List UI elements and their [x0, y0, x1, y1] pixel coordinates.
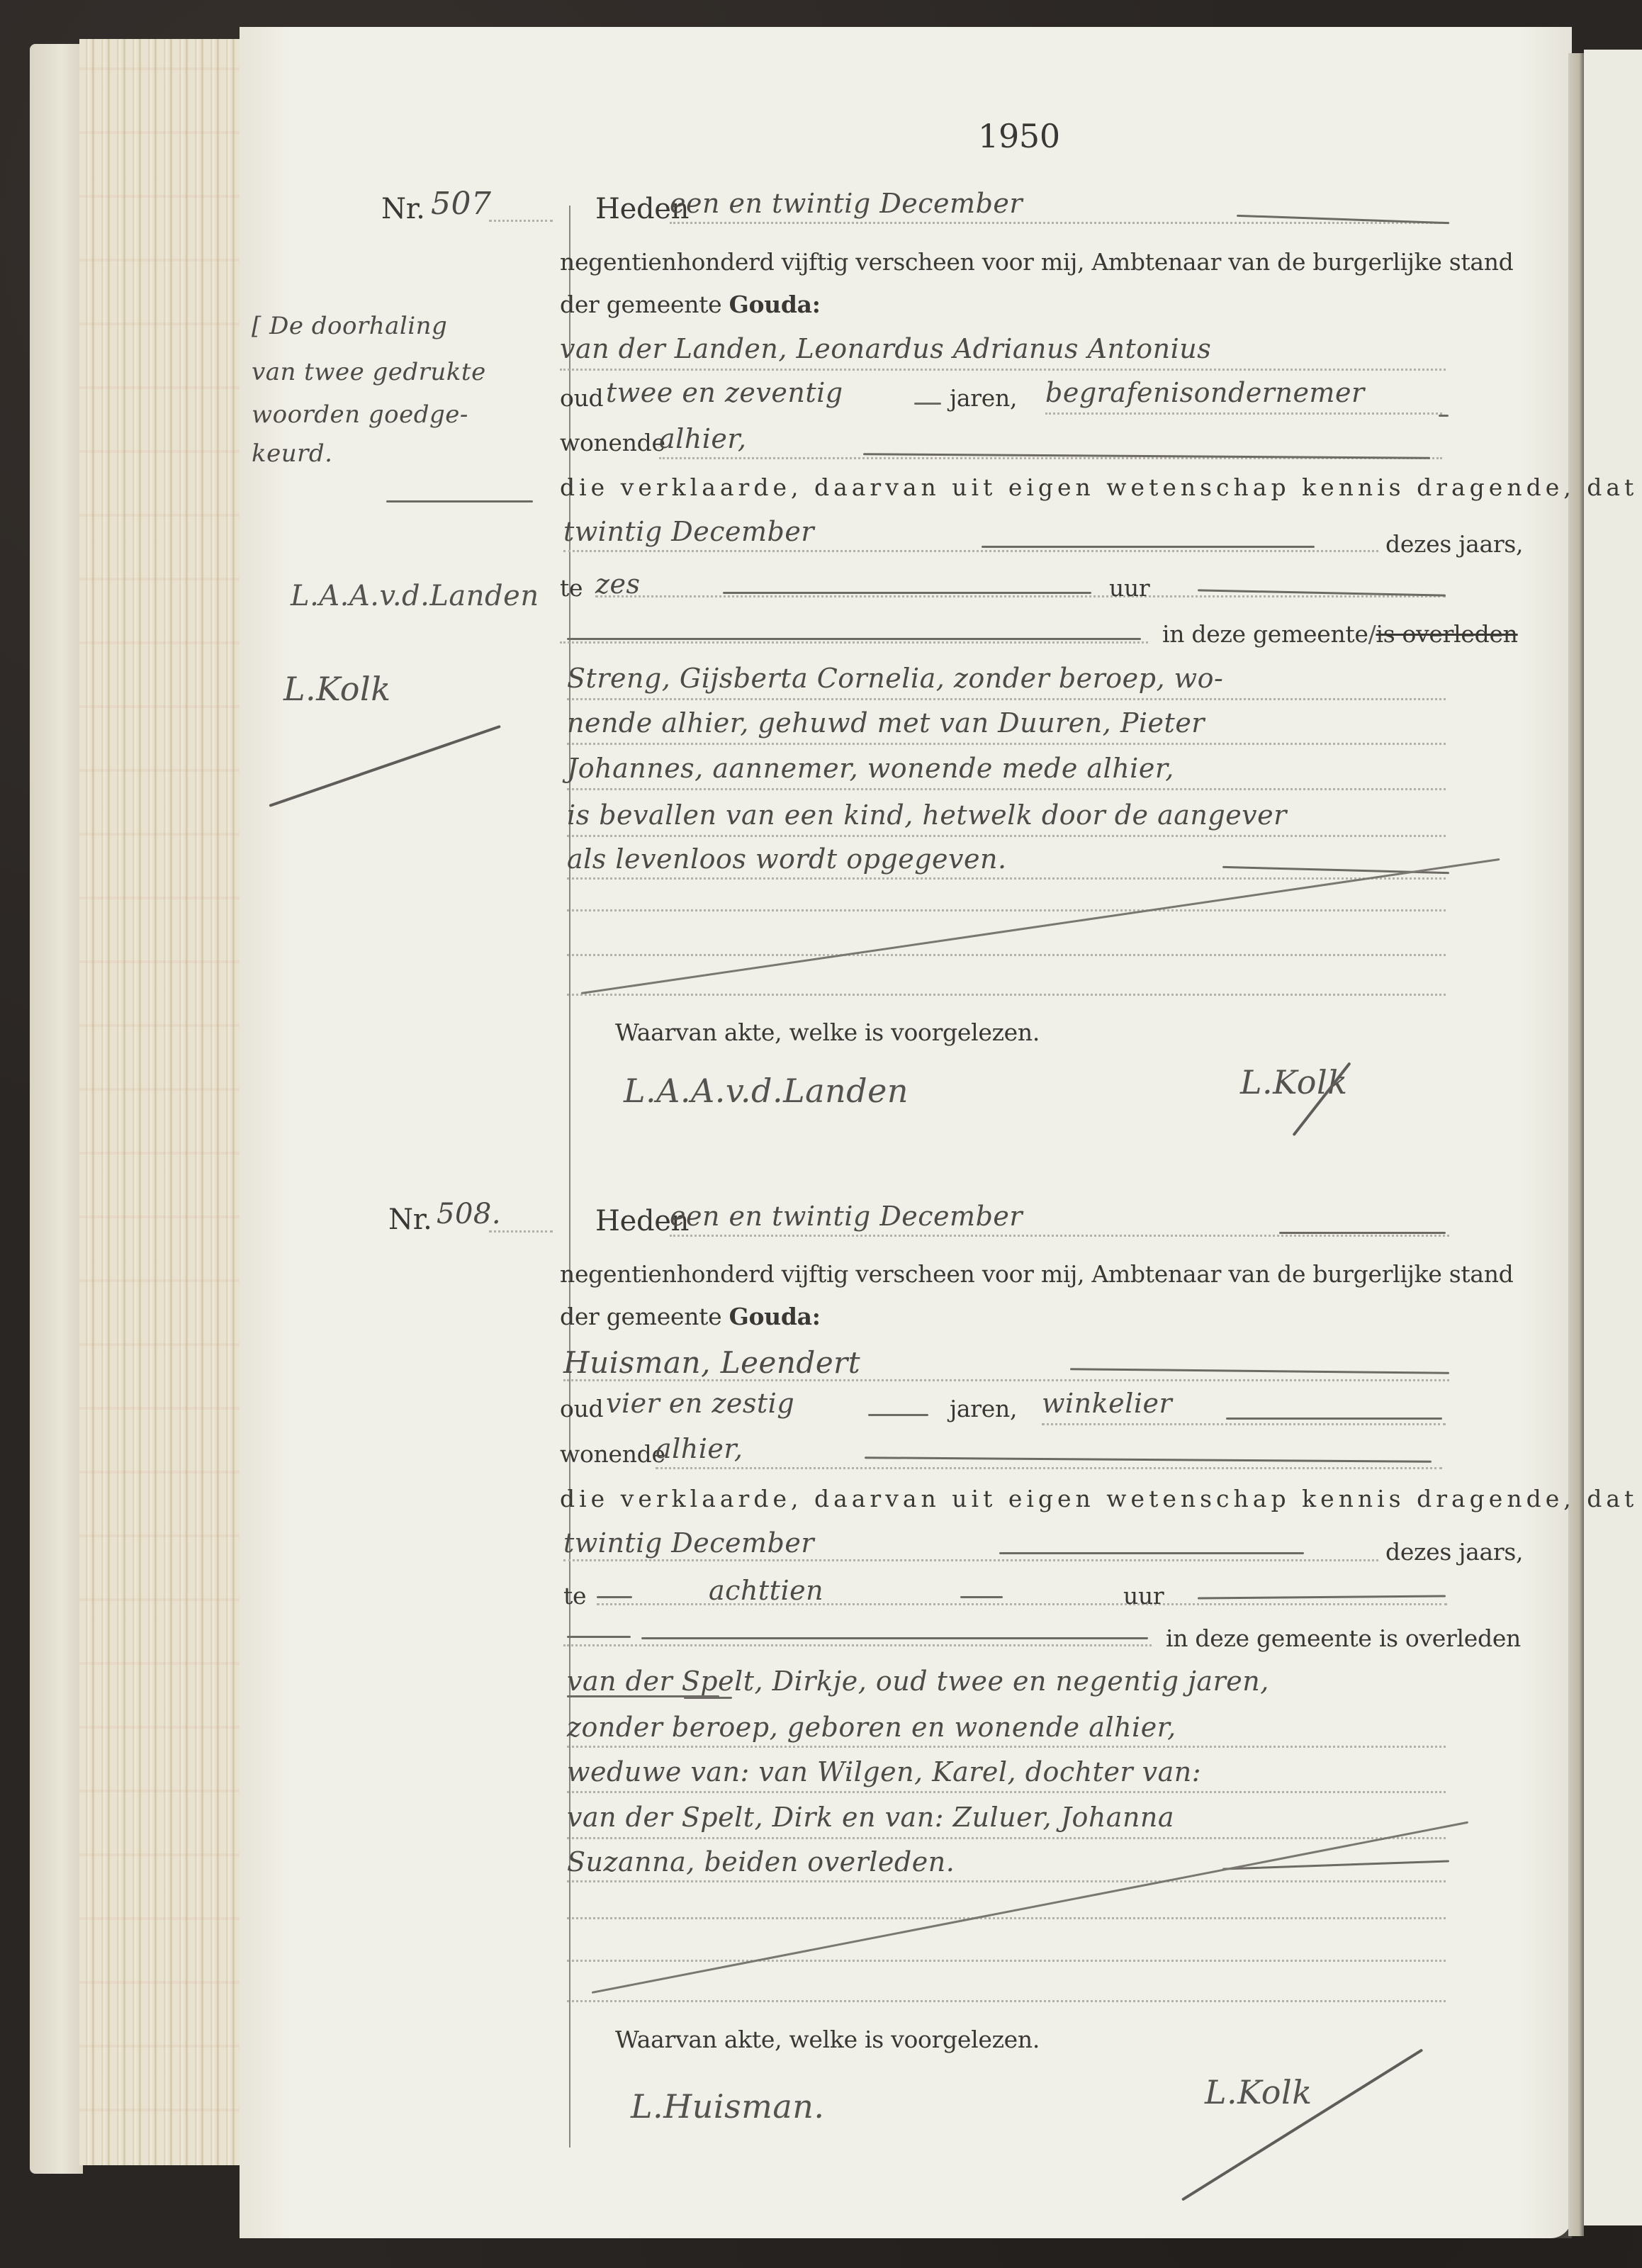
entry-number: 508. — [437, 1198, 501, 1230]
uur-label: uur — [1109, 574, 1149, 602]
fill-dash — [868, 1414, 928, 1416]
waarvan-akte-label: Waarvan akte, welke is voorgelezen. — [615, 2026, 1040, 2053]
next-page-edge — [1584, 50, 1642, 2225]
margin-note-line: keurd. — [252, 439, 332, 468]
margin-note-line: woorden goedge- — [252, 400, 468, 429]
fill-dash — [914, 403, 941, 405]
dotted-line — [489, 1230, 553, 1233]
fill-dash — [960, 1596, 1003, 1598]
underline-van — [567, 1695, 608, 1697]
in-deze-gemeente-label: in deze gemeente — [1166, 1624, 1372, 1652]
wonende-label: wonende — [560, 429, 665, 456]
margin-note-line: [ De doorhaling — [252, 312, 447, 340]
der-gemeente-label: der gemeente — [560, 291, 721, 318]
dotted-line — [567, 1791, 1446, 1793]
entry-number-label: Nr. — [388, 1203, 432, 1236]
declarant-name: van der Landen, Leonardus Adrianus Anton… — [560, 333, 1211, 364]
body-line: Johannes, aannemer, wonende mede alhier, — [567, 753, 1174, 784]
wonende-label: wonende — [560, 1440, 665, 1468]
body-line: van der Spelt, Dirk en van: Zuluer, Joha… — [567, 1802, 1174, 1833]
uur-label: uur — [1123, 1582, 1164, 1610]
body-line: van der Spelt, Dirkje, oud twee en negen… — [567, 1666, 1269, 1697]
dotted-line — [567, 909, 1446, 911]
fill-dash — [1226, 1417, 1442, 1420]
fill-dash — [999, 1552, 1304, 1554]
declarant-occupation: winkelier — [1042, 1388, 1172, 1419]
margin-fill-dash — [386, 500, 533, 503]
event-date: twintig December — [563, 1527, 814, 1559]
dotted-line — [567, 994, 1446, 996]
der-gemeente-label: der gemeente — [560, 1303, 721, 1330]
dotted-line — [567, 1837, 1446, 1839]
dotted-line — [489, 220, 553, 222]
declaration-date: een en twintig December — [670, 1201, 1023, 1232]
dotted-line — [567, 2000, 1446, 2002]
verklaarde-line: die verklaarde, daarvan uit eigen wetens… — [560, 473, 1642, 501]
body-line: weduwe van: van Wilgen, Karel, dochter v… — [567, 1756, 1201, 1787]
signature-declarant: L.A.A.v.d.Landen — [624, 1072, 909, 1110]
body-line: als levenloos wordt opgegeven. — [567, 843, 1007, 875]
declarant-residence: alhier, — [656, 1433, 743, 1464]
page-year: 1950 — [978, 117, 1060, 155]
dotted-line — [567, 788, 1446, 790]
dotted-line — [567, 1917, 1446, 1919]
signature-declarant: L.Huisman. — [631, 2087, 825, 2126]
page-stack-edge — [79, 39, 242, 2165]
underline-der-spelt — [614, 1695, 677, 1697]
verklaarde-line: die verklaarde, daarvan uit eigen wetens… — [560, 1485, 1642, 1512]
dezes-jaars-label: dezes jaars, — [1385, 1538, 1523, 1566]
dotted-line — [563, 550, 1378, 552]
dotted-line — [563, 1559, 1378, 1561]
dotted-line — [563, 1644, 1152, 1646]
fill-dash — [723, 592, 1091, 594]
margin-note-line: van twee gedrukte — [252, 358, 486, 386]
dotted-line — [595, 595, 1446, 597]
dotted-line — [560, 369, 1446, 371]
dotted-line — [1042, 1423, 1446, 1425]
event-hour: achttien — [709, 1575, 823, 1606]
dotted-line — [567, 1880, 1446, 1882]
body-line: zonder beroep, geboren en wonende alhier… — [567, 1712, 1176, 1743]
declarant-occupation: begrafenisondernemer — [1045, 377, 1365, 408]
jaren-label: jaren, — [950, 384, 1017, 412]
body-line: Suzanna, beiden overleden. — [567, 1846, 955, 1877]
dotted-line — [670, 222, 1449, 224]
printed-line-2: negentienhonderd vijftig verscheen voor … — [560, 1260, 1514, 1288]
declarant-name: Huisman, Leendert — [563, 1345, 860, 1380]
book-gutter — [1568, 53, 1584, 2236]
dotted-line — [563, 1379, 1449, 1381]
event-date: twintig December — [563, 516, 814, 547]
margin-signature-registrar: L.Kolk — [283, 670, 391, 708]
oud-label: oud — [560, 384, 603, 412]
dotted-line — [567, 1960, 1446, 1962]
dotted-line — [1045, 412, 1442, 415]
is-overleden-struck: is overleden — [1376, 620, 1517, 648]
municipality: Gouda: — [729, 291, 821, 318]
margin-signature-declarant: L.A.A.v.d.Landen — [291, 580, 539, 612]
entry-number: 507 — [431, 186, 491, 222]
oud-label: oud — [560, 1395, 603, 1422]
declarant-age: twee en zeventig — [606, 377, 843, 408]
declarant-residence: alhier, — [659, 423, 747, 454]
signature-registrar: L.Kolk — [1240, 1063, 1348, 1101]
jaren-label: jaren, — [950, 1395, 1017, 1422]
dotted-line — [567, 954, 1446, 956]
body-line: nende alhier, gehuwd met van Duuren, Pie… — [567, 707, 1205, 739]
book-cover-edge — [30, 44, 83, 2174]
dotted-line — [567, 1746, 1446, 1748]
in-deze-gemeente-label: in deze gemeente — [1162, 620, 1368, 648]
dotted-line — [670, 1235, 1449, 1237]
printed-line-2: negentienhonderd vijftig verscheen voor … — [560, 248, 1514, 276]
dotted-line — [567, 743, 1446, 745]
body-line: is bevallen van een kind, hetwelk door d… — [567, 799, 1287, 831]
dotted-line — [560, 641, 1148, 644]
is-overleden-label: is overleden — [1379, 1624, 1521, 1652]
fill-dash — [1439, 415, 1449, 417]
waarvan-akte-label: Waarvan akte, welke is voorgelezen. — [615, 1018, 1040, 1046]
signature-registrar: L.Kolk — [1205, 2073, 1312, 2111]
declaration-date: een en twintig December — [670, 188, 1023, 219]
te-label: te — [560, 574, 583, 602]
dotted-line — [567, 835, 1446, 837]
te-label: te — [563, 1582, 586, 1610]
fill-dash — [982, 546, 1315, 548]
fill-dash — [597, 1596, 632, 1598]
dotted-line — [656, 1467, 1442, 1469]
municipality: Gouda: — [729, 1303, 821, 1330]
entry-number-label: Nr. — [381, 193, 425, 225]
fill-dash — [567, 638, 1141, 640]
dotted-line — [567, 877, 1446, 880]
fill-dash — [567, 1636, 631, 1638]
dotted-line — [567, 698, 1446, 700]
dezes-jaars-label: dezes jaars, — [1385, 530, 1523, 558]
fill-dash — [641, 1637, 1148, 1639]
declarant-age: vier en zestig — [606, 1388, 794, 1419]
fill-dash — [1279, 1232, 1446, 1234]
body-line: Streng, Gijsberta Cornelia, zonder beroe… — [567, 663, 1223, 694]
underline-dirkje — [684, 1697, 732, 1699]
dotted-line — [597, 1603, 1447, 1605]
